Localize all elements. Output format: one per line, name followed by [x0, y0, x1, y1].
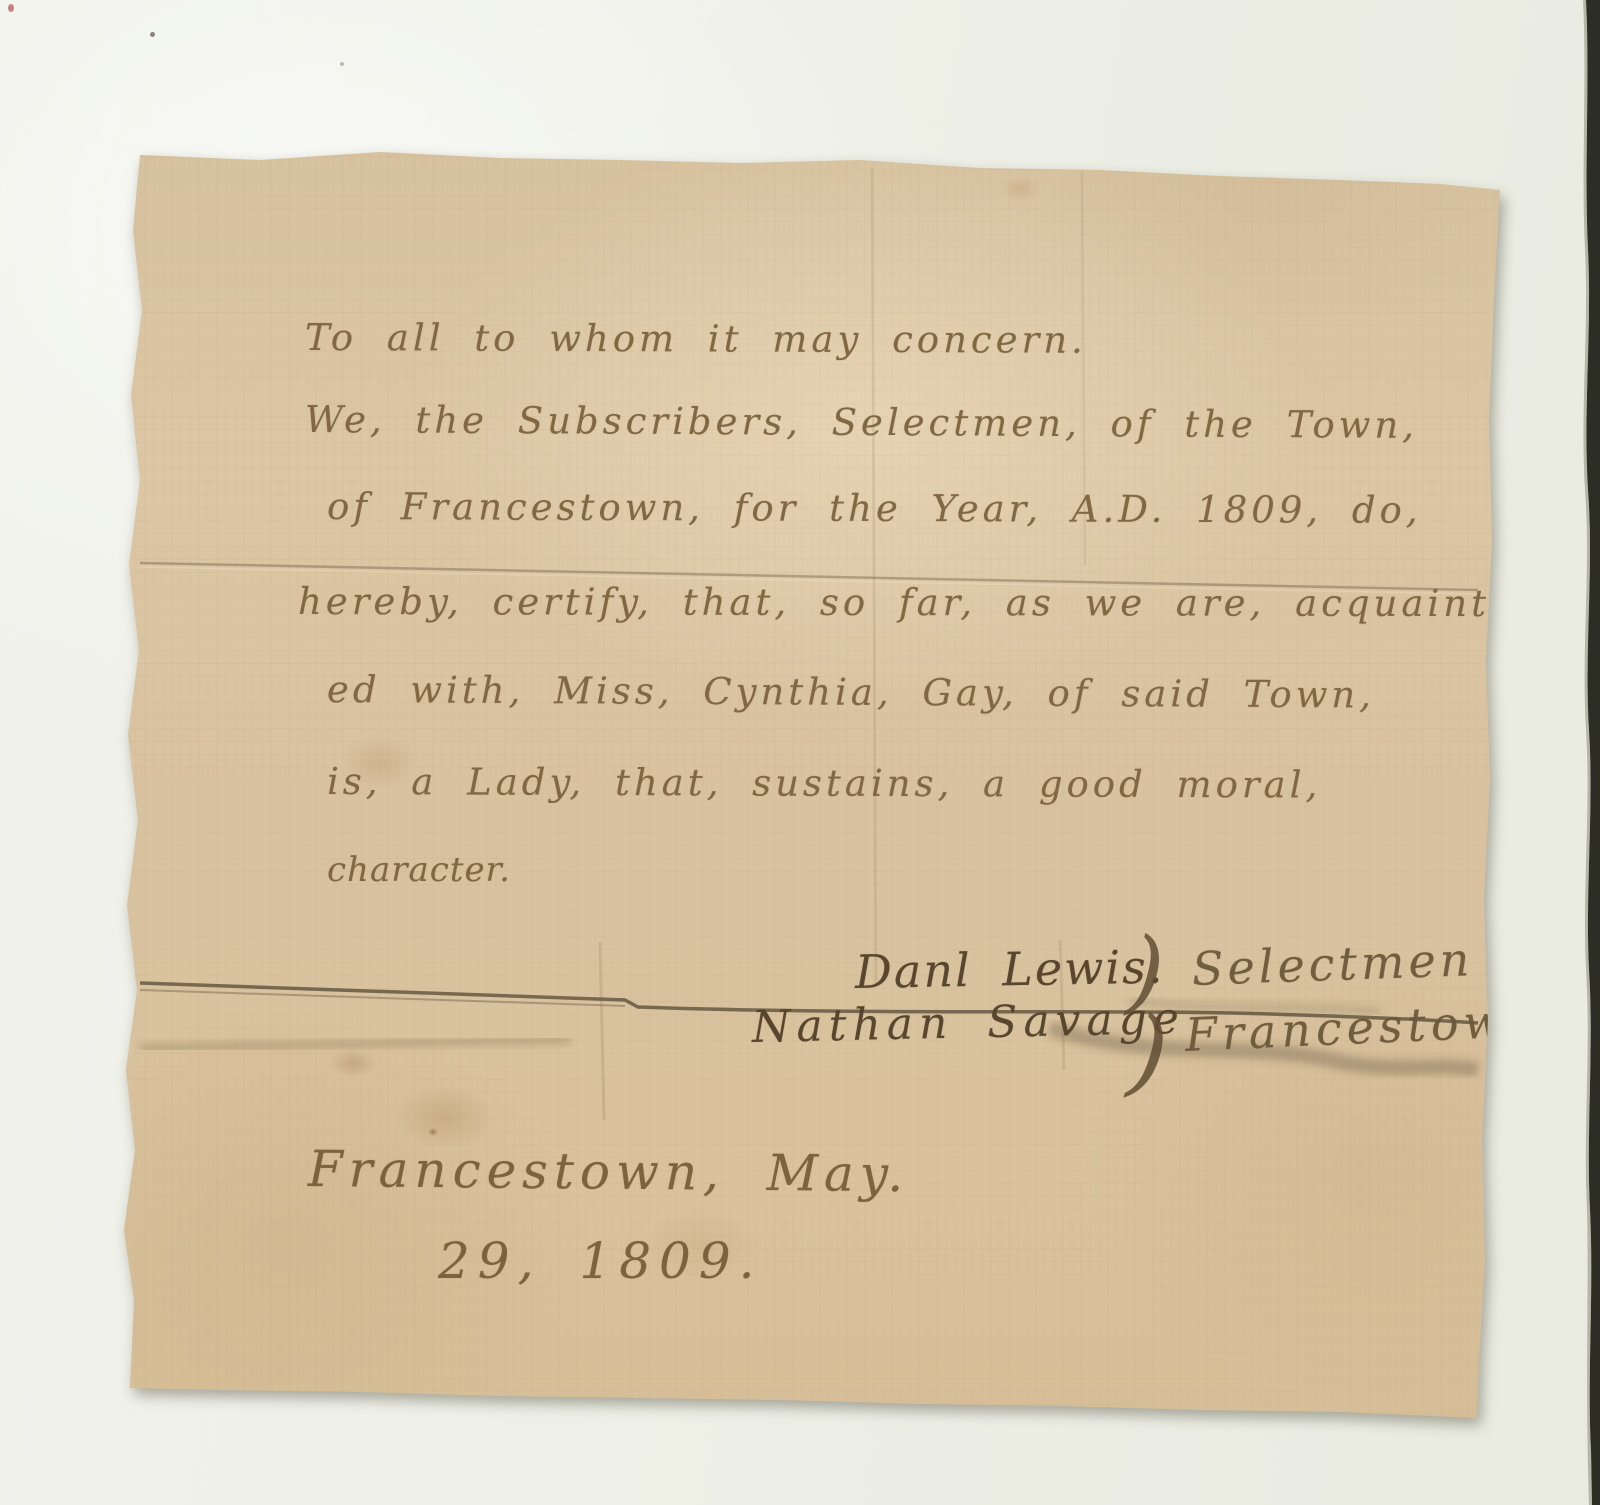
letter-line: character. [327, 850, 511, 890]
letter-paper: To all to whom it may concern. We, the S… [0, 0, 1600, 1505]
letter-paper-shadow: To all to whom it may concern. We, the S… [0, 0, 1600, 1505]
stain [1000, 176, 1040, 202]
stain [330, 1048, 376, 1078]
crease-vertical-center [872, 168, 876, 985]
signature-role-selectmen: Selectmen [1191, 932, 1474, 996]
signature-place-francestown: Francestown [1184, 992, 1544, 1062]
dateline-date: 29, 1809. [438, 1232, 763, 1290]
dateline-place: Francestown, May. [308, 1140, 910, 1203]
stain [428, 1128, 438, 1136]
signature-nathan-savage: Nathan Savage [751, 993, 1185, 1053]
crease-vertical-fold-segment [600, 942, 604, 1120]
stain [395, 1085, 495, 1149]
letter-line-salutation: To all to whom it may concern. [305, 316, 1087, 362]
letter-line: of Francestown, for the Year, A.D. 1809,… [327, 485, 1422, 532]
paper-texture [0, 0, 1600, 1505]
letter-line: ed with, Miss, Cynthia, Gay, of said Tow… [327, 668, 1375, 716]
letter-line: hereby, certify, that, so far, as we are… [298, 580, 1490, 625]
letter-line: is, a Lady, that, sustains, a good moral… [327, 760, 1321, 806]
letter-line: We, the Subscribers, Selectmen, of the T… [305, 398, 1418, 447]
fold-creases [0, 0, 1600, 1505]
signature-dan-lewis: Danl Lewis. [855, 940, 1165, 999]
scanned-document-view: To all to whom it may concern. We, the S… [0, 0, 1600, 1505]
